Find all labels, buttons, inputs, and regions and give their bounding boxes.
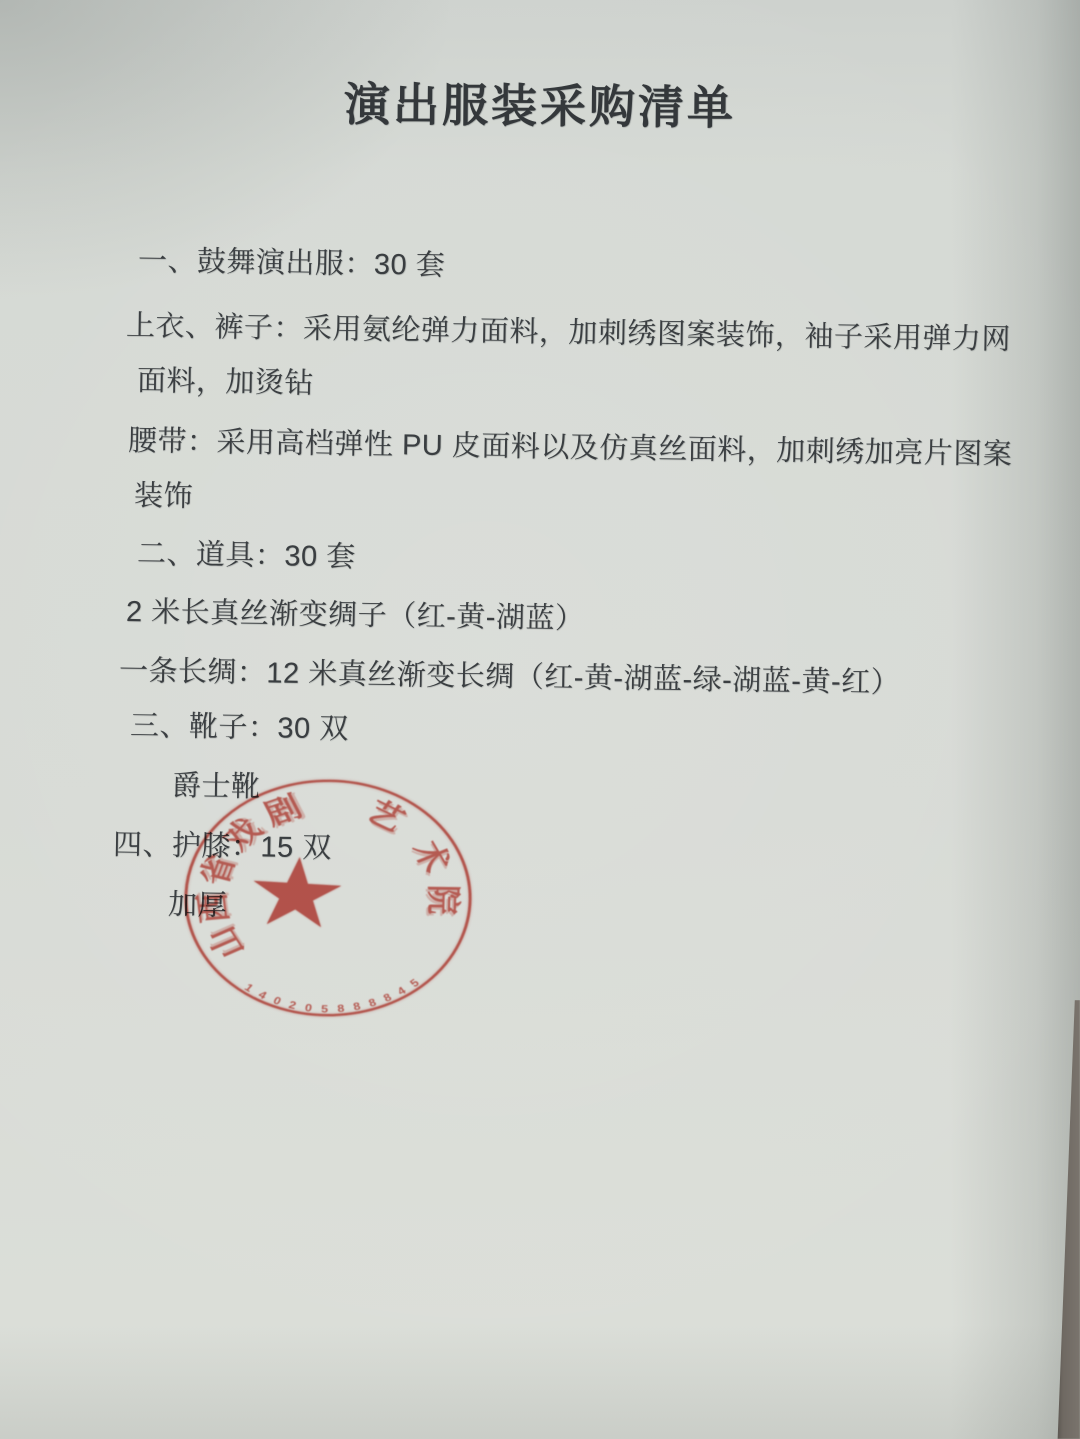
table-surface-corner [1054,1000,1080,1439]
document-line: 腰带：采用高档弹性 PU 皮面料以及仿真丝面料，加刺绣加亮片图案 [128,418,1013,473]
photo-of-document: 演出服装采购清单 一、鼓舞演出服：30 套上衣、裤子：采用氨纶弹力面料，加刺绣图… [0,0,1080,1439]
seal-code-digit: 8 [349,999,365,1012]
seal-arc-char: 西 [190,891,231,924]
seal-code-digit: 8 [333,1002,348,1014]
document-line: 面料，加烫钻 [137,358,315,402]
seal-code-digit: 5 [318,1003,332,1014]
document-line: 一、鼓舞演出服：30 套 [138,238,446,284]
document-line: 2 米长真丝渐变绸子（红-黄-湖蓝） [126,589,585,637]
document-line: 一条长绸：12 米真丝渐变长绸（红-黄-湖蓝-绿-湖蓝-黄-红） [119,648,901,701]
seal-arc-char: 院 [428,884,465,915]
document-line: 二、道具：30 套 [137,531,356,575]
document-line: 上衣、裤子：采用氨纶弹力面料，加刺绣图案装饰，袖子采用弹力网 [126,303,1012,358]
seal-code-digit: 0 [301,1001,316,1014]
document-line: 装饰 [134,473,194,515]
document-title: 演出服装采购清单 [0,65,1080,140]
official-seal-stamp: ★ 山西省戏剧艺术院 140205888845 [178,774,479,1022]
document-line: 三、靴子：30 双 [130,703,349,747]
